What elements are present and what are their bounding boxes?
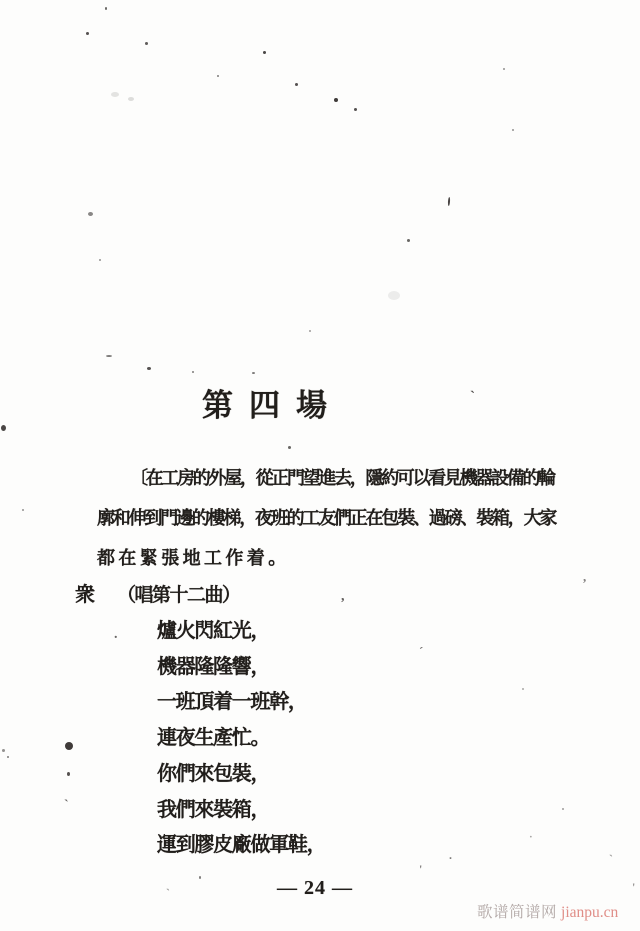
song-cue: （唱第十二曲） xyxy=(117,585,240,606)
scan-speck xyxy=(147,367,151,370)
scan-speck xyxy=(407,239,410,242)
scan-speck xyxy=(111,92,119,97)
scan-speck: · xyxy=(529,832,533,843)
scan-speck xyxy=(65,742,73,750)
lyric-line: 運到膠皮廠做軍鞋， xyxy=(157,828,325,864)
scan-speck xyxy=(522,688,524,690)
scan-speck xyxy=(145,42,148,45)
stage-directions: 〔在工房的外屋，從正門望進去，隱約可以看見機器設備的輪廓和伸到門邊的樓梯，夜班的… xyxy=(97,458,597,578)
scan-speck: , xyxy=(341,590,345,604)
scan-speck: ˋ xyxy=(609,853,613,865)
scanned-book-page: 第四場 〔在工房的外屋，從正門望進去，隱約可以看見機器設備的輪廓和伸到門邊的樓梯… xyxy=(0,0,640,931)
scan-speck: ` xyxy=(470,390,475,405)
lyrics-block: 爐火閃紅光，機器隆隆響，一班頂着一班幹，連夜生產忙。你們來包裝，我們來裝箱，運到… xyxy=(157,614,325,864)
scan-speck: ` xyxy=(64,799,69,813)
scan-speck xyxy=(99,259,101,261)
scan-speck xyxy=(86,32,89,35)
lyric-line: 我們來裝箱， xyxy=(157,793,325,829)
lyric-line: 爐火閃紅光， xyxy=(157,614,325,650)
speaker-name: 衆 xyxy=(75,584,95,606)
lyric-line: 一班頂着一班幹， xyxy=(157,685,325,721)
scan-speck xyxy=(106,355,112,357)
scan-speck xyxy=(288,446,291,449)
scan-speck: . xyxy=(114,628,118,642)
scan-speck: ' xyxy=(632,881,635,893)
scan-speck xyxy=(388,291,400,300)
scan-speck xyxy=(67,772,70,776)
speaker-row: 衆（唱第十二曲） xyxy=(75,584,240,607)
scan-speck xyxy=(295,83,298,86)
scan-speck xyxy=(252,372,255,374)
scan-speck xyxy=(199,876,201,879)
scan-speck xyxy=(334,98,338,102)
scan-speck xyxy=(562,808,564,810)
scene-title: 第四場 xyxy=(202,389,343,423)
scan-speck: ˊ xyxy=(419,645,423,658)
watermark-site-name: 歌谱简谱网 xyxy=(477,904,557,921)
stage-direction-line: 廓和伸到門邊的樓梯，夜班的工友們正在包裝、過磅、裝箱，大家 xyxy=(97,498,597,538)
scan-speck xyxy=(503,68,505,70)
scan-speck xyxy=(354,108,357,111)
scan-speck xyxy=(217,75,219,77)
watermark: 歌谱简谱网jianpu.cn xyxy=(477,903,618,922)
watermark-site-url: jianpu.cn xyxy=(561,904,618,921)
scan-speck xyxy=(7,756,9,758)
scan-speck: ˋ xyxy=(166,887,170,899)
scan-speck xyxy=(88,212,93,216)
scan-speck xyxy=(1,425,6,431)
scan-speck xyxy=(192,371,194,373)
scan-speck xyxy=(105,7,107,10)
scan-speck xyxy=(448,197,451,206)
scan-speck xyxy=(309,330,311,332)
scan-speck xyxy=(22,509,24,511)
stage-direction-line: 〔在工房的外屋，從正門望進去，隱約可以看見機器設備的輪 xyxy=(130,458,597,498)
lyric-line: 你們來包裝， xyxy=(157,757,325,793)
scan-speck xyxy=(2,749,5,752)
stage-direction-line: 都在緊張地工作着。 xyxy=(97,538,597,578)
lyric-line: 機器隆隆響， xyxy=(157,650,325,686)
scan-speck xyxy=(128,97,134,101)
scan-speck xyxy=(263,51,266,54)
scan-speck: ' xyxy=(419,863,422,875)
scan-speck xyxy=(512,129,514,131)
lyric-line: 連夜生產忙。 xyxy=(157,721,325,757)
page-number: — 24 — xyxy=(277,876,353,900)
scan-speck: . xyxy=(449,849,452,861)
